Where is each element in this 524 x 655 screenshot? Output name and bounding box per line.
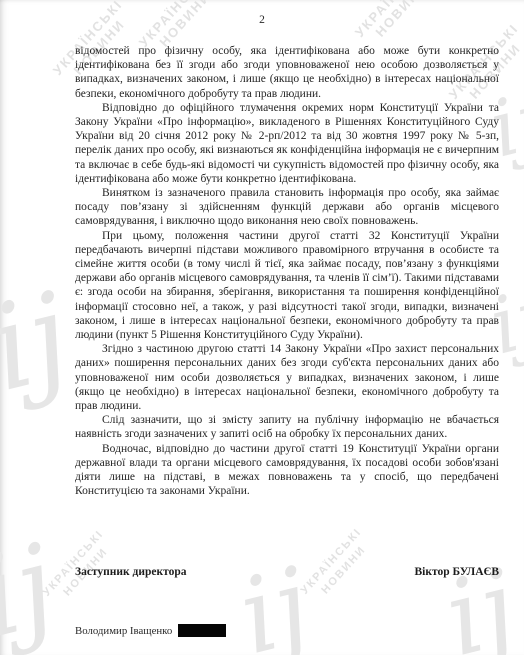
paragraph: відомостей про фізичну особу, яка іденти…	[75, 44, 499, 101]
signature-block: Заступник директора Віктор БУЛАЄВ	[75, 566, 499, 578]
paragraph: Згідно з частиною другою статті 14 Закон…	[75, 342, 499, 413]
paragraph: При цьому, положення частини другої стат…	[75, 229, 499, 343]
watermark-word: УКРАЇНСЬКІ	[41, 528, 106, 599]
scanned-document-page: УКРАЇНСЬКІНОВИНИ УКРАЇНСЬКІНОВИНИ УКРАЇН…	[0, 0, 524, 655]
paragraph: Водночас, відповідно до частини другої с…	[75, 442, 499, 499]
page-number: 2	[0, 14, 524, 26]
news-agency-logo-watermark: ij	[439, 565, 523, 655]
paragraph: Винятком із зазначеного правила становит…	[75, 186, 499, 229]
secondary-signer-name: Володимир Іващенко	[75, 625, 172, 637]
news-agency-logo-watermark: ij	[0, 541, 62, 645]
watermark-word: УКРАЇНСЬКІ	[299, 526, 364, 597]
redaction-box	[178, 624, 226, 637]
signer-name: Віктор БУЛАЄВ	[415, 566, 499, 578]
document-body: відомостей про фізичну особу, яка іденти…	[75, 44, 499, 499]
news-agency-logo-watermark: ij	[0, 287, 77, 397]
signer-title: Заступник директора	[75, 566, 187, 578]
paragraph: Слід зазначити, що зі змісту запиту на п…	[75, 413, 499, 441]
secondary-signer-block: Володимир Іващенко	[75, 624, 226, 637]
paragraph: Відповідно до офіційного тлумачення окре…	[75, 101, 499, 186]
